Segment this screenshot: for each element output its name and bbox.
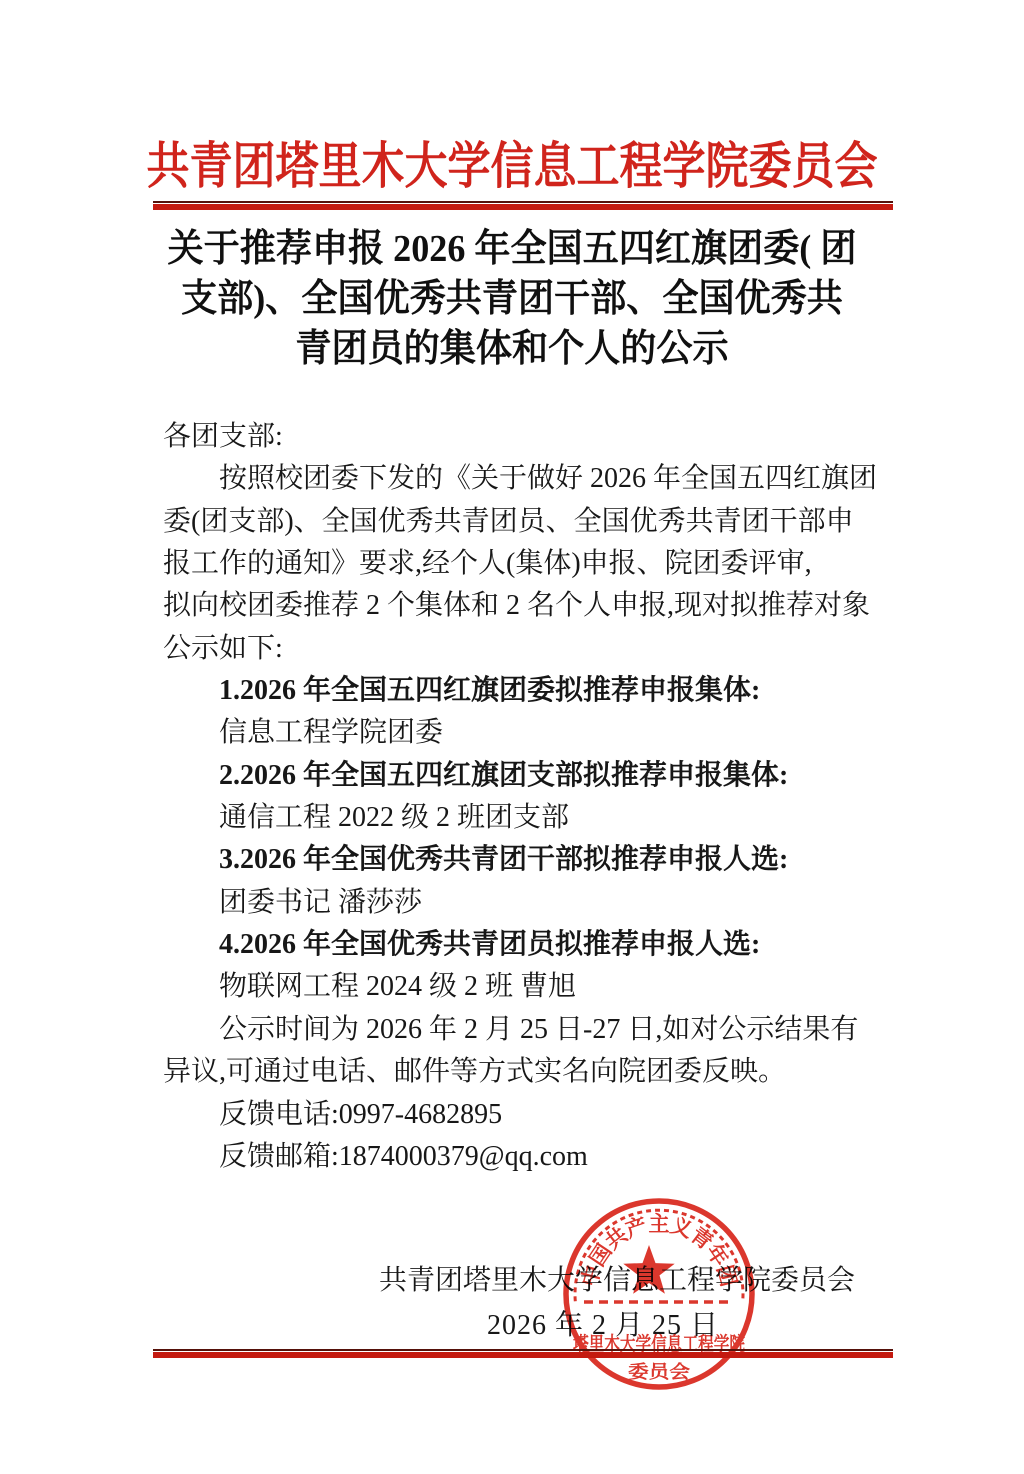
title-line-2: 支部)、全国优秀共青团干部、全国优秀共 [26, 274, 999, 324]
divider-thick-line [153, 1352, 893, 1358]
divider-thin-line [153, 1349, 893, 1351]
paragraph-line: 拟向校团委推荐 2 个集体和 2 名个人申报,现对拟推荐对象 [163, 585, 909, 627]
feedback-email: 反馈邮箱:1874000379@qq.com [163, 1136, 909, 1178]
document-page: 共青团塔里木大学信息工程学院委员会 关于推荐申报 2026 年全国五四红旗团委(… [0, 0, 1024, 1474]
list-item-1-heading: 1.2026 年全国五四红旗团委拟推荐申报集体: [163, 670, 909, 712]
list-item-3-heading: 3.2026 年全国优秀共青团干部拟推荐申报人选: [163, 839, 909, 881]
list-item-4-value: 物联网工程 2024 级 2 班 曹旭 [163, 966, 909, 1008]
paragraph-line: 公示时间为 2026 年 2 月 25 日-27 日,如对公示结果有 [163, 1009, 909, 1051]
divider-thick-line [153, 204, 893, 210]
paragraph-line: 委(团支部)、全国优秀共青团员、全国优秀共青团干部申 [163, 501, 909, 543]
official-seal: 中 国 共 产 主 义 青 年 团 塔里木大学信息工程学院 委员会 [549, 1192, 769, 1412]
document-body: 各团支部: 按照校团委下发的《关于做好 2026 年全国五四红旗团 委(团支部)… [163, 416, 909, 1178]
document-title: 关于推荐申报 2026 年全国五四红旗团委( 团 支部)、全国优秀共青团干部、全… [26, 224, 999, 374]
feedback-phone: 反馈电话:0997-4682895 [163, 1094, 909, 1136]
star-icon [623, 1245, 674, 1294]
footer-divider-line [153, 1349, 893, 1358]
paragraph-line: 报工作的通知》要求,经个人(集体)申报、院团委评审, [163, 543, 909, 585]
list-item-4-heading: 4.2026 年全国优秀共青团员拟推荐申报人选: [163, 924, 909, 966]
seal-arc-char: 主 [649, 1212, 670, 1236]
header-divider-line [153, 201, 893, 210]
list-item-2-value: 通信工程 2022 级 2 班团支部 [163, 797, 909, 839]
list-item-1-value: 信息工程学院团委 [163, 712, 909, 754]
list-item-2-heading: 2.2026 年全国五四红旗团支部拟推荐申报集体: [163, 755, 909, 797]
divider-thin-line [153, 201, 893, 203]
org-header-title: 共青团塔里木大学信息工程学院委员会 [72, 126, 953, 198]
title-line-1: 关于推荐申报 2026 年全国五四红旗团委( 团 [26, 224, 999, 274]
list-item-3-value: 团委书记 潘莎莎 [163, 882, 909, 924]
paragraph-line: 公示如下: [163, 628, 909, 670]
title-line-3: 青团员的集体和个人的公示 [26, 324, 999, 374]
paragraph-line: 按照校团委下发的《关于做好 2026 年全国五四红旗团 [163, 458, 909, 500]
paragraph-line: 异议,可通过电话、邮件等方式实名向院团委反映。 [163, 1051, 909, 1093]
salutation: 各团支部: [163, 416, 909, 458]
seal-inner-line-2: 委员会 [628, 1361, 690, 1382]
